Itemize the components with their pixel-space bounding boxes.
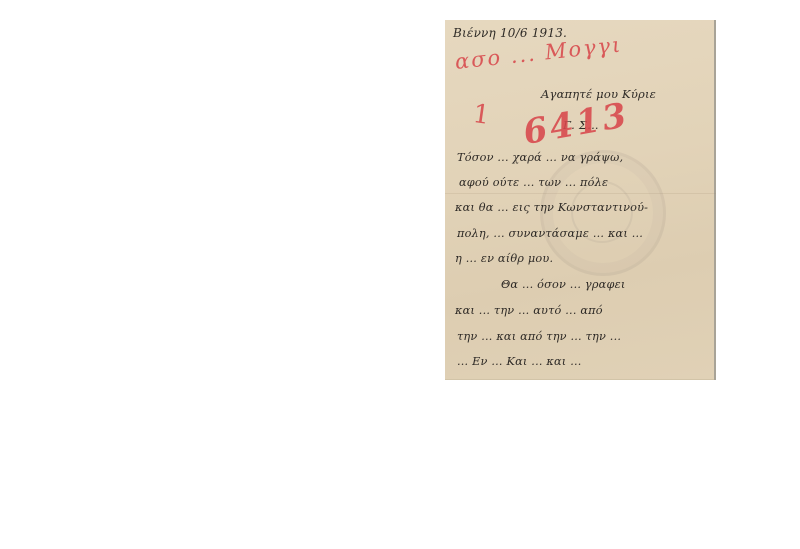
letter-page: Βιέννη 10/6 1913. ασο ... Μογγι Αγαπητέ … [445, 20, 716, 380]
body-line: ... Εν ... Και ... και ... [457, 354, 582, 368]
body-line: η ... εν αίθρ μου. [455, 251, 553, 265]
body-line: πολη, ... συναντάσαμε ... και ... [457, 226, 643, 240]
document-viewer: Βιέννη 10/6 1913. ασο ... Μογγι Αγαπητέ … [0, 0, 800, 549]
body-line: την ... και από την ... την ... [457, 329, 621, 343]
body-line: και ... την ... αυτό ... από [455, 303, 603, 317]
body-line: και θα ... εις την Κωνσταντινού- [455, 200, 648, 214]
red-archive-number: 6413 [520, 95, 632, 153]
date-line: Βιέννη 10/6 1913. [453, 26, 567, 40]
body-line: αφού ούτε ... των ... πόλε [459, 175, 608, 189]
red-annotation-number: 1 [471, 99, 492, 131]
body-line: Τόσον ... χαρά ... να γράψω, [457, 150, 623, 164]
body-line: Θα ... όσον ... γραφει [501, 277, 625, 291]
